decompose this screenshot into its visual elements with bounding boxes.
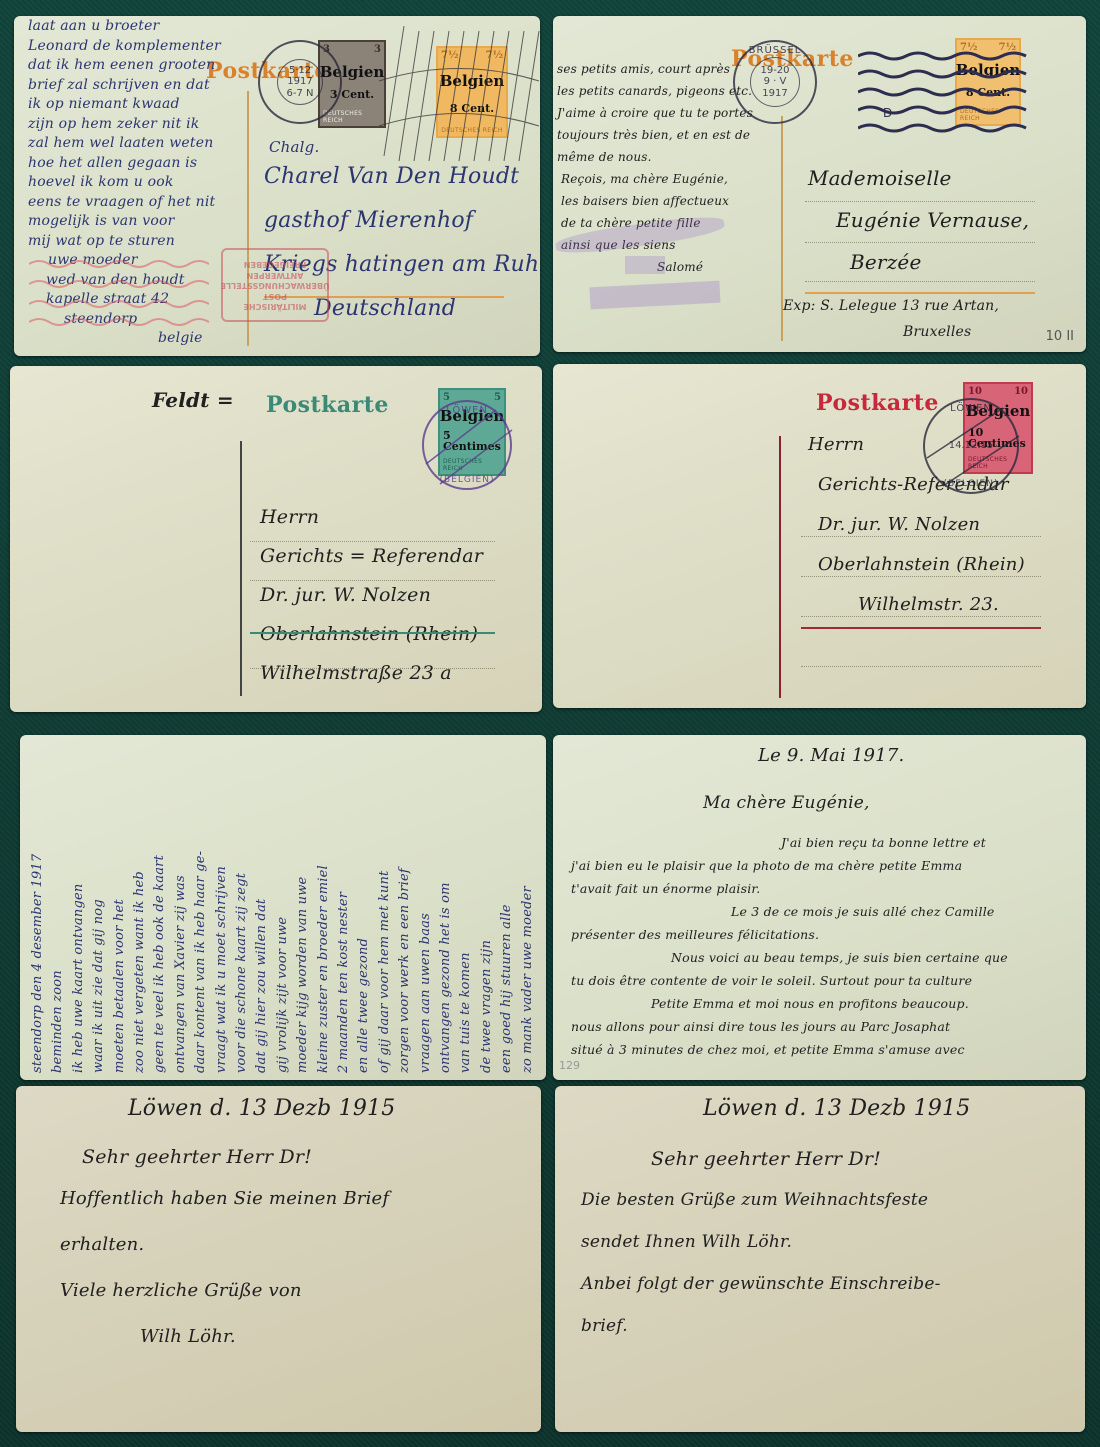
message-line: zijn op hem zeker nit ik bbox=[28, 116, 199, 132]
message-line: laat aan u broeter bbox=[28, 18, 159, 34]
letter-date: Löwen d. 13 Dezb 1915 bbox=[703, 1096, 970, 1121]
message-line: en alle twee gezond bbox=[356, 938, 371, 1073]
address-line: Herrn bbox=[808, 434, 864, 455]
pencil-catalog-note: 10 II bbox=[1046, 329, 1074, 344]
message-line: Le 3 de ce mois je suis allé chez Camill… bbox=[731, 904, 995, 919]
postcard-lowen-green-address-side: Feldt = Postkarte HerrnGerichts = Refere… bbox=[10, 366, 542, 712]
corner-note: Feldt = bbox=[152, 388, 234, 412]
message-line: mij wat op te sturen bbox=[28, 233, 175, 249]
postcard-brussels-address-side: Postkarte ses petits amis, court aprèsle… bbox=[553, 16, 1086, 352]
address-line-dotted bbox=[805, 242, 1035, 243]
address-line: Wilhelmstraße 23 a bbox=[260, 662, 452, 684]
postkarte-header: Postkarte bbox=[816, 390, 939, 416]
message-line: Petite Emma et moi nous en profitons bea… bbox=[651, 996, 969, 1011]
address-line: Wilhelmstr. 23. bbox=[858, 594, 999, 615]
message-line: Hoffentlich haben Sie meinen Brief bbox=[60, 1188, 389, 1209]
letter-salutation: Sehr geehrter Herr Dr! bbox=[651, 1148, 881, 1170]
message-line: zoo niet vergeten want ik heb bbox=[132, 871, 147, 1073]
card-divider bbox=[240, 441, 242, 696]
message-line: vraagt wat ik u moet schrijven bbox=[214, 866, 229, 1073]
address-line-dotted bbox=[805, 281, 1035, 282]
message-line: Nous voici au beau temps, je suis bien c… bbox=[671, 950, 1008, 965]
letter-salutation: Sehr geehrter Herr Dr! bbox=[82, 1146, 312, 1168]
postkarte-header: Postkarte bbox=[266, 392, 389, 418]
machine-cancel-waves bbox=[858, 46, 1028, 136]
message-line: Viele herzliche Grüße von bbox=[60, 1280, 302, 1301]
address-line: Mademoiselle bbox=[808, 166, 952, 190]
message-line: hoe het allen gegaan is bbox=[28, 155, 197, 171]
message-line: voor die schone kaart zij zegt bbox=[234, 873, 249, 1073]
address-line-dotted bbox=[801, 576, 1041, 577]
postmark-time2: 6-7 N bbox=[287, 88, 314, 100]
message-line: zo mank vader uwe moeder bbox=[520, 886, 535, 1073]
message-line: ik op niemant kwaad bbox=[28, 96, 180, 112]
message-line: Leonard de komplementer bbox=[28, 38, 221, 54]
address-line-dotted bbox=[250, 580, 495, 581]
message-line: brief zal schrijven en dat bbox=[28, 77, 210, 93]
postmark-lowen: LÖWEN (BELGIEN) 14.12.15 bbox=[923, 398, 1019, 494]
machine-cancel-lines bbox=[374, 26, 540, 166]
postcard-lowen-message-1: Löwen d. 13 Dezb 1915 Sehr geehrter Herr… bbox=[16, 1086, 541, 1432]
address-line-dotted bbox=[801, 666, 1041, 667]
postmark-brussel: BRÜSSEL 19-20 9 · V 1917 bbox=[733, 40, 817, 124]
address-line: Gerichts = Referendar bbox=[260, 545, 483, 567]
message-line: sendet Ihnen Wilh Löhr. bbox=[581, 1232, 792, 1252]
address-line: Dr. jur. W. Nolzen bbox=[818, 514, 980, 535]
message-line: eens te vraagen of het nit bbox=[28, 194, 215, 210]
letter-salutation: Ma chère Eugénie, bbox=[703, 793, 870, 813]
address-line: Charel Van Den Houdt bbox=[264, 164, 519, 189]
message-line: zorgen voor werk en een brief bbox=[397, 868, 412, 1073]
postmark-year: 1917 bbox=[762, 88, 787, 100]
message-line: même de nous. bbox=[557, 150, 652, 164]
red-wavy-strike bbox=[29, 256, 209, 328]
cancel-letter: D bbox=[883, 106, 892, 120]
stamp-issuer: DEUTSCHES REICH bbox=[323, 110, 381, 124]
message-line: présenter des meilleures félicitations. bbox=[571, 927, 819, 942]
message-line: Wilh Löhr. bbox=[140, 1326, 236, 1347]
postmark-time: 19-20 bbox=[760, 65, 789, 77]
message-line: mogelijk is van voor bbox=[28, 213, 174, 229]
message-line: een goed hij stuuren alle bbox=[499, 904, 514, 1073]
message-line: van tuis te komen bbox=[458, 952, 473, 1073]
address-line: Dr. jur. W. Nolzen bbox=[260, 584, 431, 606]
address-line: Berzée bbox=[850, 250, 922, 274]
message-line: dat gij hier zou willen dat bbox=[254, 899, 269, 1073]
address-line-dotted bbox=[250, 668, 495, 669]
address-underline bbox=[801, 627, 1041, 629]
message-line: vraagen aan uwen baas bbox=[418, 913, 433, 1073]
sender-line: Exp: S. Lelegue 13 rue Artan, bbox=[783, 298, 999, 314]
message-line: j'ai bien eu le plaisir que la photo de … bbox=[571, 858, 962, 873]
message-line: Anbei folgt der gewünschte Einschreibe- bbox=[581, 1274, 941, 1294]
message-line: erhalten. bbox=[60, 1234, 144, 1255]
message-line: moeder kijg worden van uwe bbox=[295, 877, 310, 1073]
address-line-dotted bbox=[801, 616, 1041, 617]
message-line: Reçois, ma chère Eugénie, bbox=[561, 172, 728, 186]
address-line-dotted bbox=[805, 201, 1035, 202]
message-line: belgie bbox=[158, 330, 203, 346]
message-line: de twee vragen zijn bbox=[479, 940, 494, 1073]
message-line: situé à 3 minutes de chez moi, et petite… bbox=[571, 1042, 965, 1057]
address-line-dotted bbox=[250, 541, 495, 542]
message-line: nous allons pour ainsi dire tous les jou… bbox=[571, 1019, 950, 1034]
message-line: brief. bbox=[581, 1316, 628, 1336]
message-line: waar ik uit zie dat gij nog bbox=[91, 899, 106, 1073]
message-line: t'avait fait un énorme plaisir. bbox=[571, 881, 760, 896]
address-underline bbox=[250, 632, 495, 634]
postmark-lowen: LÖWEN (BELGIEN) bbox=[422, 400, 512, 490]
message-line: J'aime à croire que tu te portes bbox=[557, 106, 753, 120]
postmark-year: 1917 bbox=[287, 76, 312, 88]
address-line: gasthof Mierenhof bbox=[264, 208, 473, 233]
message-line: of gij daar voor hem met kunt bbox=[377, 871, 392, 1073]
message-line: beminden zoon bbox=[50, 970, 65, 1073]
message-line: ik heb uwe kaart ontvangen bbox=[71, 884, 86, 1073]
card-divider bbox=[779, 436, 781, 698]
address-line: Eugénie Vernause, bbox=[836, 208, 1029, 232]
message-line: gij vrolijk zijt voor uwe bbox=[275, 917, 290, 1073]
message-line: kleine zuster en broeder emiel bbox=[316, 865, 331, 1073]
postcard-lowen-message-2: Löwen d. 13 Dezb 1915 Sehr geehrter Herr… bbox=[555, 1086, 1085, 1432]
message-line: toujours très bien, et en est de bbox=[557, 128, 750, 142]
postcard-steendorp-message-side: steendorp den 4 desember 1917beminden zo… bbox=[20, 735, 546, 1080]
postcard-antwerp-address-side: Postkarte laat aan u broeterLeonard de k… bbox=[14, 16, 540, 356]
address-line: Oberlahnstein (Rhein) bbox=[818, 554, 1025, 575]
message-line: les petits canards, pigeons etc. bbox=[557, 84, 752, 98]
message-line: steendorp den 4 desember 1917 bbox=[30, 854, 45, 1073]
letter-date: Le 9. Mai 1917. bbox=[758, 745, 904, 766]
message-line: dat ik hem eenen grooten bbox=[28, 57, 215, 73]
pencil-catalog-note: 129 bbox=[559, 1059, 580, 1072]
postcard-french-message-side: Le 9. Mai 1917. Ma chère Eugénie, J'ai b… bbox=[553, 735, 1086, 1080]
postmark-date: 9 · V bbox=[764, 76, 787, 88]
military-censor-stamp: MILITÄRISCHE POST ÜBERWACHUNGSSTELLE ANT… bbox=[221, 248, 329, 322]
message-line: J'ai bien reçu ta bonne lettre et bbox=[781, 835, 986, 850]
address-line: Herrn bbox=[260, 506, 319, 528]
address-line: Oberlahnstein (Rhein) bbox=[260, 623, 478, 645]
message-line: zal hem wel laaten weten bbox=[28, 135, 213, 151]
message-line: moeten betaalen voor het bbox=[112, 899, 127, 1073]
address-line: Deutschland bbox=[314, 296, 456, 321]
message-line: hoevel ik kom u ook bbox=[28, 174, 174, 190]
postcard-lowen-red-address-side: Postkarte HerrnGerichts-ReferendarDr. ju… bbox=[553, 364, 1086, 708]
message-line: les baisers bien affectueux bbox=[561, 194, 729, 208]
postmark-antwerpen: 5·12 1917 6-7 N bbox=[258, 40, 342, 124]
postmark-time: 5·12 bbox=[289, 65, 311, 77]
letter-date: Löwen d. 13 Dezb 1915 bbox=[128, 1096, 395, 1121]
sender-line: Bruxelles bbox=[903, 324, 971, 340]
message-line: 2 maanden ten kost nester bbox=[336, 892, 351, 1073]
message-line: Die besten Grüße zum Weihnachtsfeste bbox=[581, 1190, 928, 1210]
address-prefix: Chalg. bbox=[269, 138, 319, 156]
message-line: ontvangen gezond het is om bbox=[438, 882, 453, 1073]
postmark-town: BRÜSSEL bbox=[749, 45, 802, 56]
violet-handstamp bbox=[555, 224, 725, 314]
message-line: tu dois être contente de voir le soleil.… bbox=[571, 973, 972, 988]
message-line: ses petits amis, court après bbox=[557, 62, 730, 76]
message-line: daar kontent van ik heb haar ge- bbox=[193, 851, 208, 1073]
address-underline bbox=[805, 292, 1035, 294]
message-line: geen te veel ik heb ook de kaart bbox=[152, 855, 167, 1073]
address-line-dotted bbox=[801, 536, 1041, 537]
message-line: ontvangen van Xavier zij was bbox=[173, 875, 188, 1073]
